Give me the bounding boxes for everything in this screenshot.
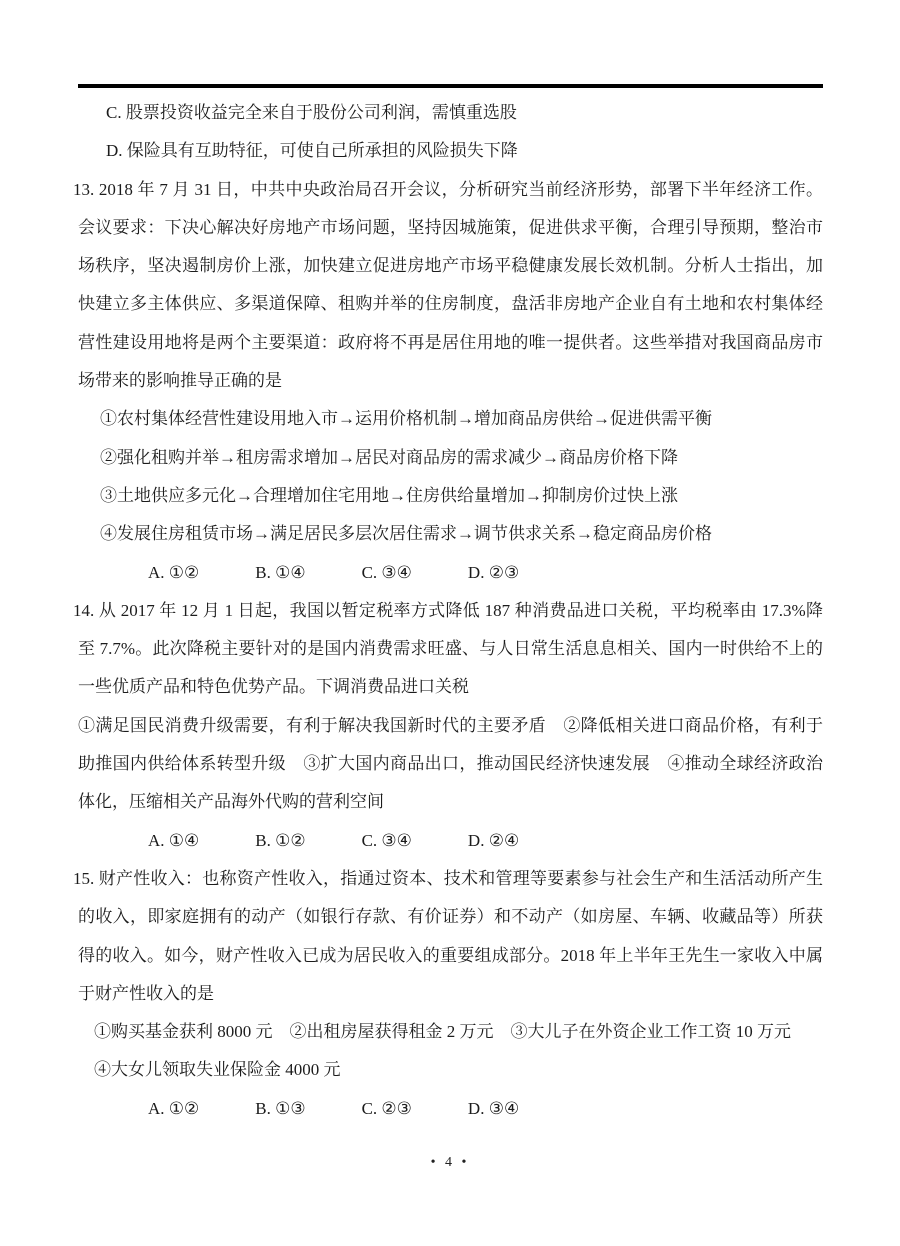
q15-body-line: 于财产性收入的是 xyxy=(78,975,823,1013)
q15-body-line: 得的收入。如今，财产性收入已成为居民收入的重要组成部分。2018 年上半年王先生… xyxy=(78,937,823,975)
q13-statement-4: ④发展住房租赁市场→满足居民多层次居住需求→调节供求关系→稳定商品房价格 xyxy=(78,515,823,553)
q13-choice-d: D. ②③ xyxy=(468,554,519,592)
q14-body-line: 至 7.7%。此次降税主要针对的是国内消费需求旺盛、与人日常生活息息相关、国内一… xyxy=(78,630,823,668)
q13-statement-1: ①农村集体经营性建设用地入市→运用价格机制→增加商品房供给→促进供需平衡 xyxy=(78,400,823,438)
q14-statement-line: 助推国内供给体系转型升级 ③扩大国内商品出口，推动国民经济快速发展 ④推动全球经… xyxy=(78,745,823,783)
q13-body-line: 会议要求：下决心解决好房地产市场问题，坚持因城施策，促进供求平衡，合理引导预期，… xyxy=(78,209,823,247)
q15-choice-c: C. ②③ xyxy=(362,1090,412,1128)
q14-choice-b: B. ①② xyxy=(255,822,305,860)
q13-body-line: 营性建设用地将是两个主要渠道：政府将不再是居住用地的唯一提供者。这些举措对我国商… xyxy=(78,324,823,362)
prev-option-d: D. 保险具有互助特征，可使自己所承担的风险损失下降 xyxy=(78,132,823,170)
prev-option-c: C. 股票投资收益完全来自于股份公司利润，需慎重选股 xyxy=(78,94,823,132)
q13-statement-2: ②强化租购并举→租房需求增加→居民对商品房的需求减少→商品房价格下降 xyxy=(78,439,823,477)
header-rule xyxy=(78,84,823,88)
q15-choice-a: A. ①② xyxy=(148,1090,199,1128)
q13-choices-row: A. ①② B. ①④ C. ③④ D. ②③ xyxy=(78,554,823,592)
q15-body-line: 15. 财产性收入：也称资产性收入，指通过资本、技术和管理等要素参与社会生产和生… xyxy=(73,860,823,898)
q14-body-line: 14. 从 2017 年 12 月 1 日起，我国以暂定税率方式降低 187 种… xyxy=(73,592,823,630)
q13-body-line: 快建立多主体供应、多渠道保障、租购并举的住房制度，盘活非房地产企业自有土地和农村… xyxy=(78,285,823,323)
q14-body-line: 一些优质产品和特色优势产品。下调消费品进口关税 xyxy=(78,668,823,706)
q15-body-line: 的收入，即家庭拥有的动产（如银行存款、有价证券）和不动产（如房屋、车辆、收藏品等… xyxy=(78,898,823,936)
q13-statement-3: ③土地供应多元化→合理增加住宅用地→住房供给量增加→抑制房价过快上涨 xyxy=(78,477,823,515)
q14-choices-row: A. ①④ B. ①② C. ③④ D. ②④ xyxy=(78,822,823,860)
q13-choice-b: B. ①④ xyxy=(255,554,305,592)
q15-statement-4: ④大女儿领取失业保险金 4000 元 xyxy=(78,1051,823,1089)
q13-body-line: 场秩序，坚决遏制房价上涨，加快建立促进房地产市场平稳健康发展长效机制。分析人士指… xyxy=(78,247,823,285)
page-content: C. 股票投资收益完全来自于股份公司利润，需慎重选股 D. 保险具有互助特征，可… xyxy=(78,94,823,1128)
q15-choice-b: B. ①③ xyxy=(255,1090,305,1128)
q14-choice-d: D. ②④ xyxy=(468,822,519,860)
q13-body-line: 场带来的影响推导正确的是 xyxy=(78,362,823,400)
q15-choices-row: A. ①② B. ①③ C. ②③ D. ③④ xyxy=(78,1090,823,1128)
q13-choice-c: C. ③④ xyxy=(362,554,412,592)
q15-choice-d: D. ③④ xyxy=(468,1090,519,1128)
page-number: • 4 • xyxy=(0,1155,900,1171)
q14-choice-c: C. ③④ xyxy=(362,822,412,860)
q14-choice-a: A. ①④ xyxy=(148,822,199,860)
q14-statement-line: 体化，压缩相关产品海外代购的营利空间 xyxy=(78,783,823,821)
q14-statement-line: ①满足国民消费升级需要，有利于解决我国新时代的主要矛盾 ②降低相关进口商品价格，… xyxy=(78,707,823,745)
exam-document-page: C. 股票投资收益完全来自于股份公司利润，需慎重选股 D. 保险具有互助特征，可… xyxy=(0,0,900,1246)
q13-choice-a: A. ①② xyxy=(148,554,199,592)
q13-body-line: 13. 2018 年 7 月 31 日，中共中央政治局召开会议，分析研究当前经济… xyxy=(73,171,823,209)
q15-statement-1-3: ①购买基金获利 8000 元 ②出租房屋获得租金 2 万元 ③大儿子在外资企业工… xyxy=(78,1013,823,1051)
